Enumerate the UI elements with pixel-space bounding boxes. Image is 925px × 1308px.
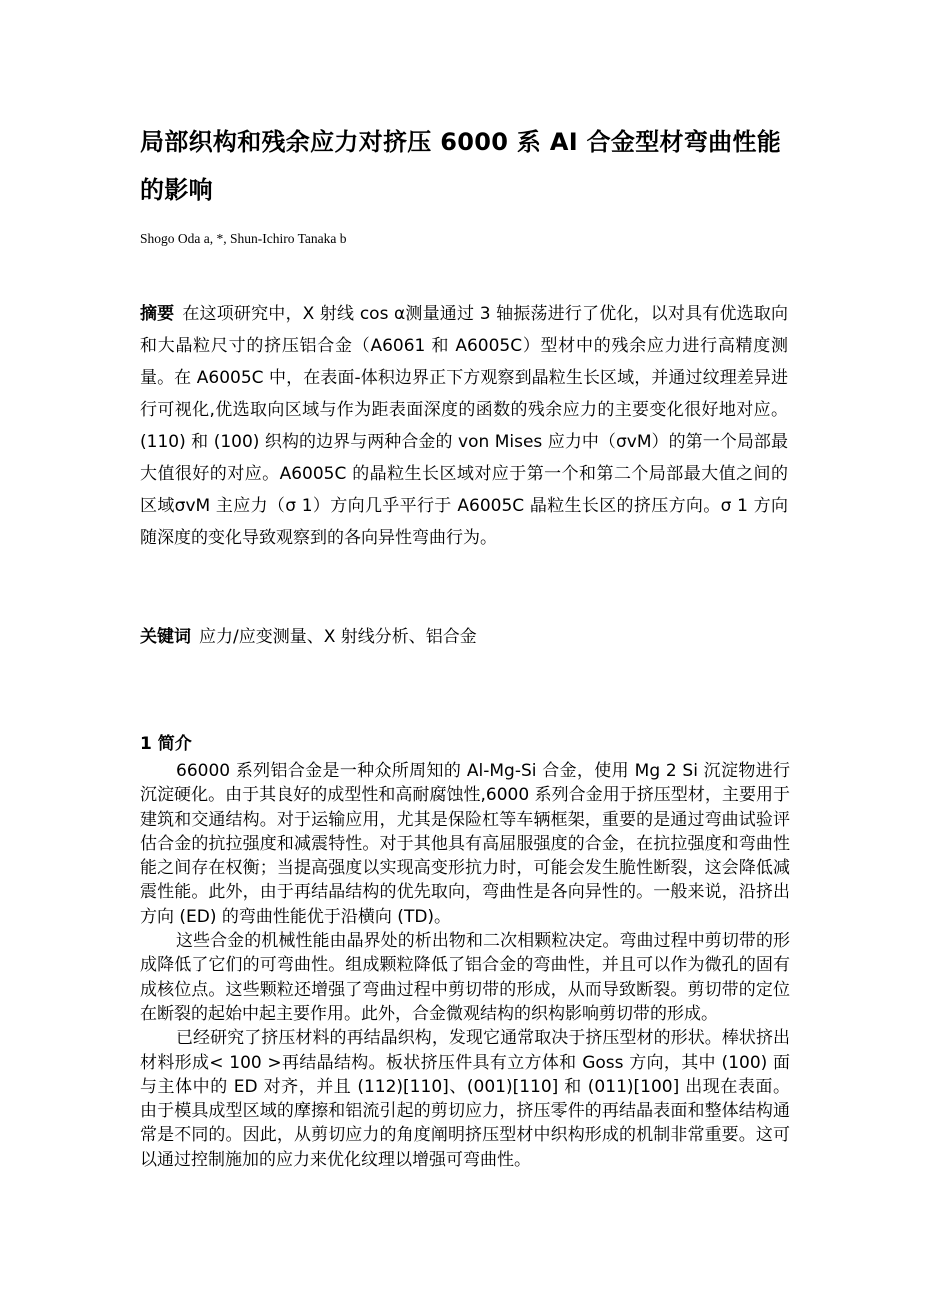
paper-title: 局部织构和残余应力对挤压 6000 系 AI 合金型材弯曲性能的影响 [140,118,800,214]
paragraph: 66000 系列铝合金是一种众所周知的 Al-Mg-Si 合金，使用 Mg 2 … [140,759,790,929]
paragraph: 已经研究了挤压材料的再结晶织构，发现它通常取决于挤压型材的形状。棒状挤出材料形成… [140,1026,790,1172]
section-heading: 1 简介 [140,729,192,754]
keywords: 关键词应力/应变测量、X 射线分析、铝合金 [140,622,477,647]
abstract-label: 摘要 [140,304,174,324]
section-body: 66000 系列铝合金是一种众所周知的 Al-Mg-Si 合金，使用 Mg 2 … [140,759,790,1172]
paragraph: 这些合金的机械性能由晶界处的析出物和二次相颗粒决定。弯曲过程中剪切带的形成降低了… [140,929,790,1026]
paper-page: 局部织构和残余应力对挤压 6000 系 AI 合金型材弯曲性能的影响 Shogo… [0,0,925,1308]
keywords-text: 应力/应变测量、X 射线分析、铝合金 [199,627,477,647]
authors: Shogo Oda a, *, Shun-Ichiro Tanaka b [140,231,347,247]
keywords-label: 关键词 [140,627,191,647]
abstract: 摘要在这项研究中，X 射线 cos α测量通过 3 轴振荡进行了优化，以对具有优… [140,298,788,554]
abstract-text: 在这项研究中，X 射线 cos α测量通过 3 轴振荡进行了优化，以对具有优选取… [140,304,788,548]
